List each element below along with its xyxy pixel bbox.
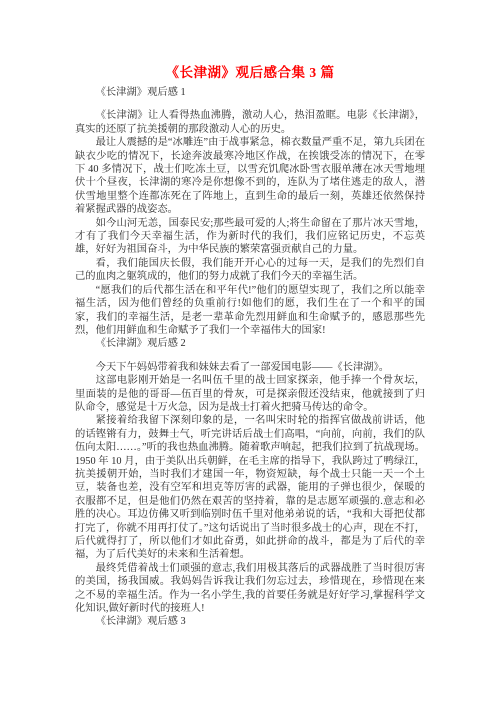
body-paragraph: 看，我们能国庆长假，我们能开开心心的过每一天，是我们的先烈们自己的血肉之躯筑成的… (75, 257, 425, 284)
document-page: 《长津湖》观后感合集 3 篇 《长津湖》观后感 1 《长津湖》让人看得热血沸腾，… (0, 0, 500, 707)
essay-section-3: 《长津湖》观后感 3 (75, 615, 425, 628)
body-paragraph: 这部电影刚开始是一名叫伍千里的战士回家探亲，他手捧一个骨灰坛，里面装的是他的哥哥… (75, 374, 425, 414)
document-title: 《长津湖》观后感合集 3 篇 (75, 64, 425, 81)
body-paragraph: 《长津湖》让人看得热血沸腾，激动人心，热泪盈眶。电影《长津湖》，真实的还原了抗美… (75, 109, 425, 136)
body-paragraph: 紧接着给我留下深刻印象的是，一名叫宋时轮的指挥官做战前讲话，他的话铿锵有力，鼓舞… (75, 414, 425, 561)
section-1-heading: 《长津湖》观后感 1 (75, 86, 425, 99)
body-paragraph: 如今山河无恙，国泰民安;那些最可爱的人;将生命留在了那片冰天雪地，才有了我们今天… (75, 217, 425, 257)
body-paragraph: 最让人震撼的是“冰雕连”由于战事紧急，棉衣数量严重不足，第九兵团在缺衣少吃的情况… (75, 136, 425, 216)
essay-section-1: 《长津湖》观后感 1 《长津湖》让人看得热血沸腾，激动人心，热泪盈眶。电影《长津… (75, 86, 425, 337)
body-paragraph: “愿我们的后代都生活在和平年代!”他们的愿望实现了，我们之所以能幸福生活，因为他… (75, 284, 425, 338)
section-2-heading: 《长津湖》观后感 2 (75, 337, 425, 350)
essay-section-2: 《长津湖》观后感 2 今天下午妈妈带着我和妹妹去看了一部爱国电影——《长津湖》。… (75, 337, 425, 615)
section-3-heading: 《长津湖》观后感 3 (75, 615, 425, 628)
body-paragraph: 今天下午妈妈带着我和妹妹去看了一部爱国电影——《长津湖》。 (75, 361, 425, 374)
body-paragraph: 最终凭借着战士们顽强的意志,我们用极其落后的武器战胜了当时很厉害的美国，扬我国威… (75, 562, 425, 616)
